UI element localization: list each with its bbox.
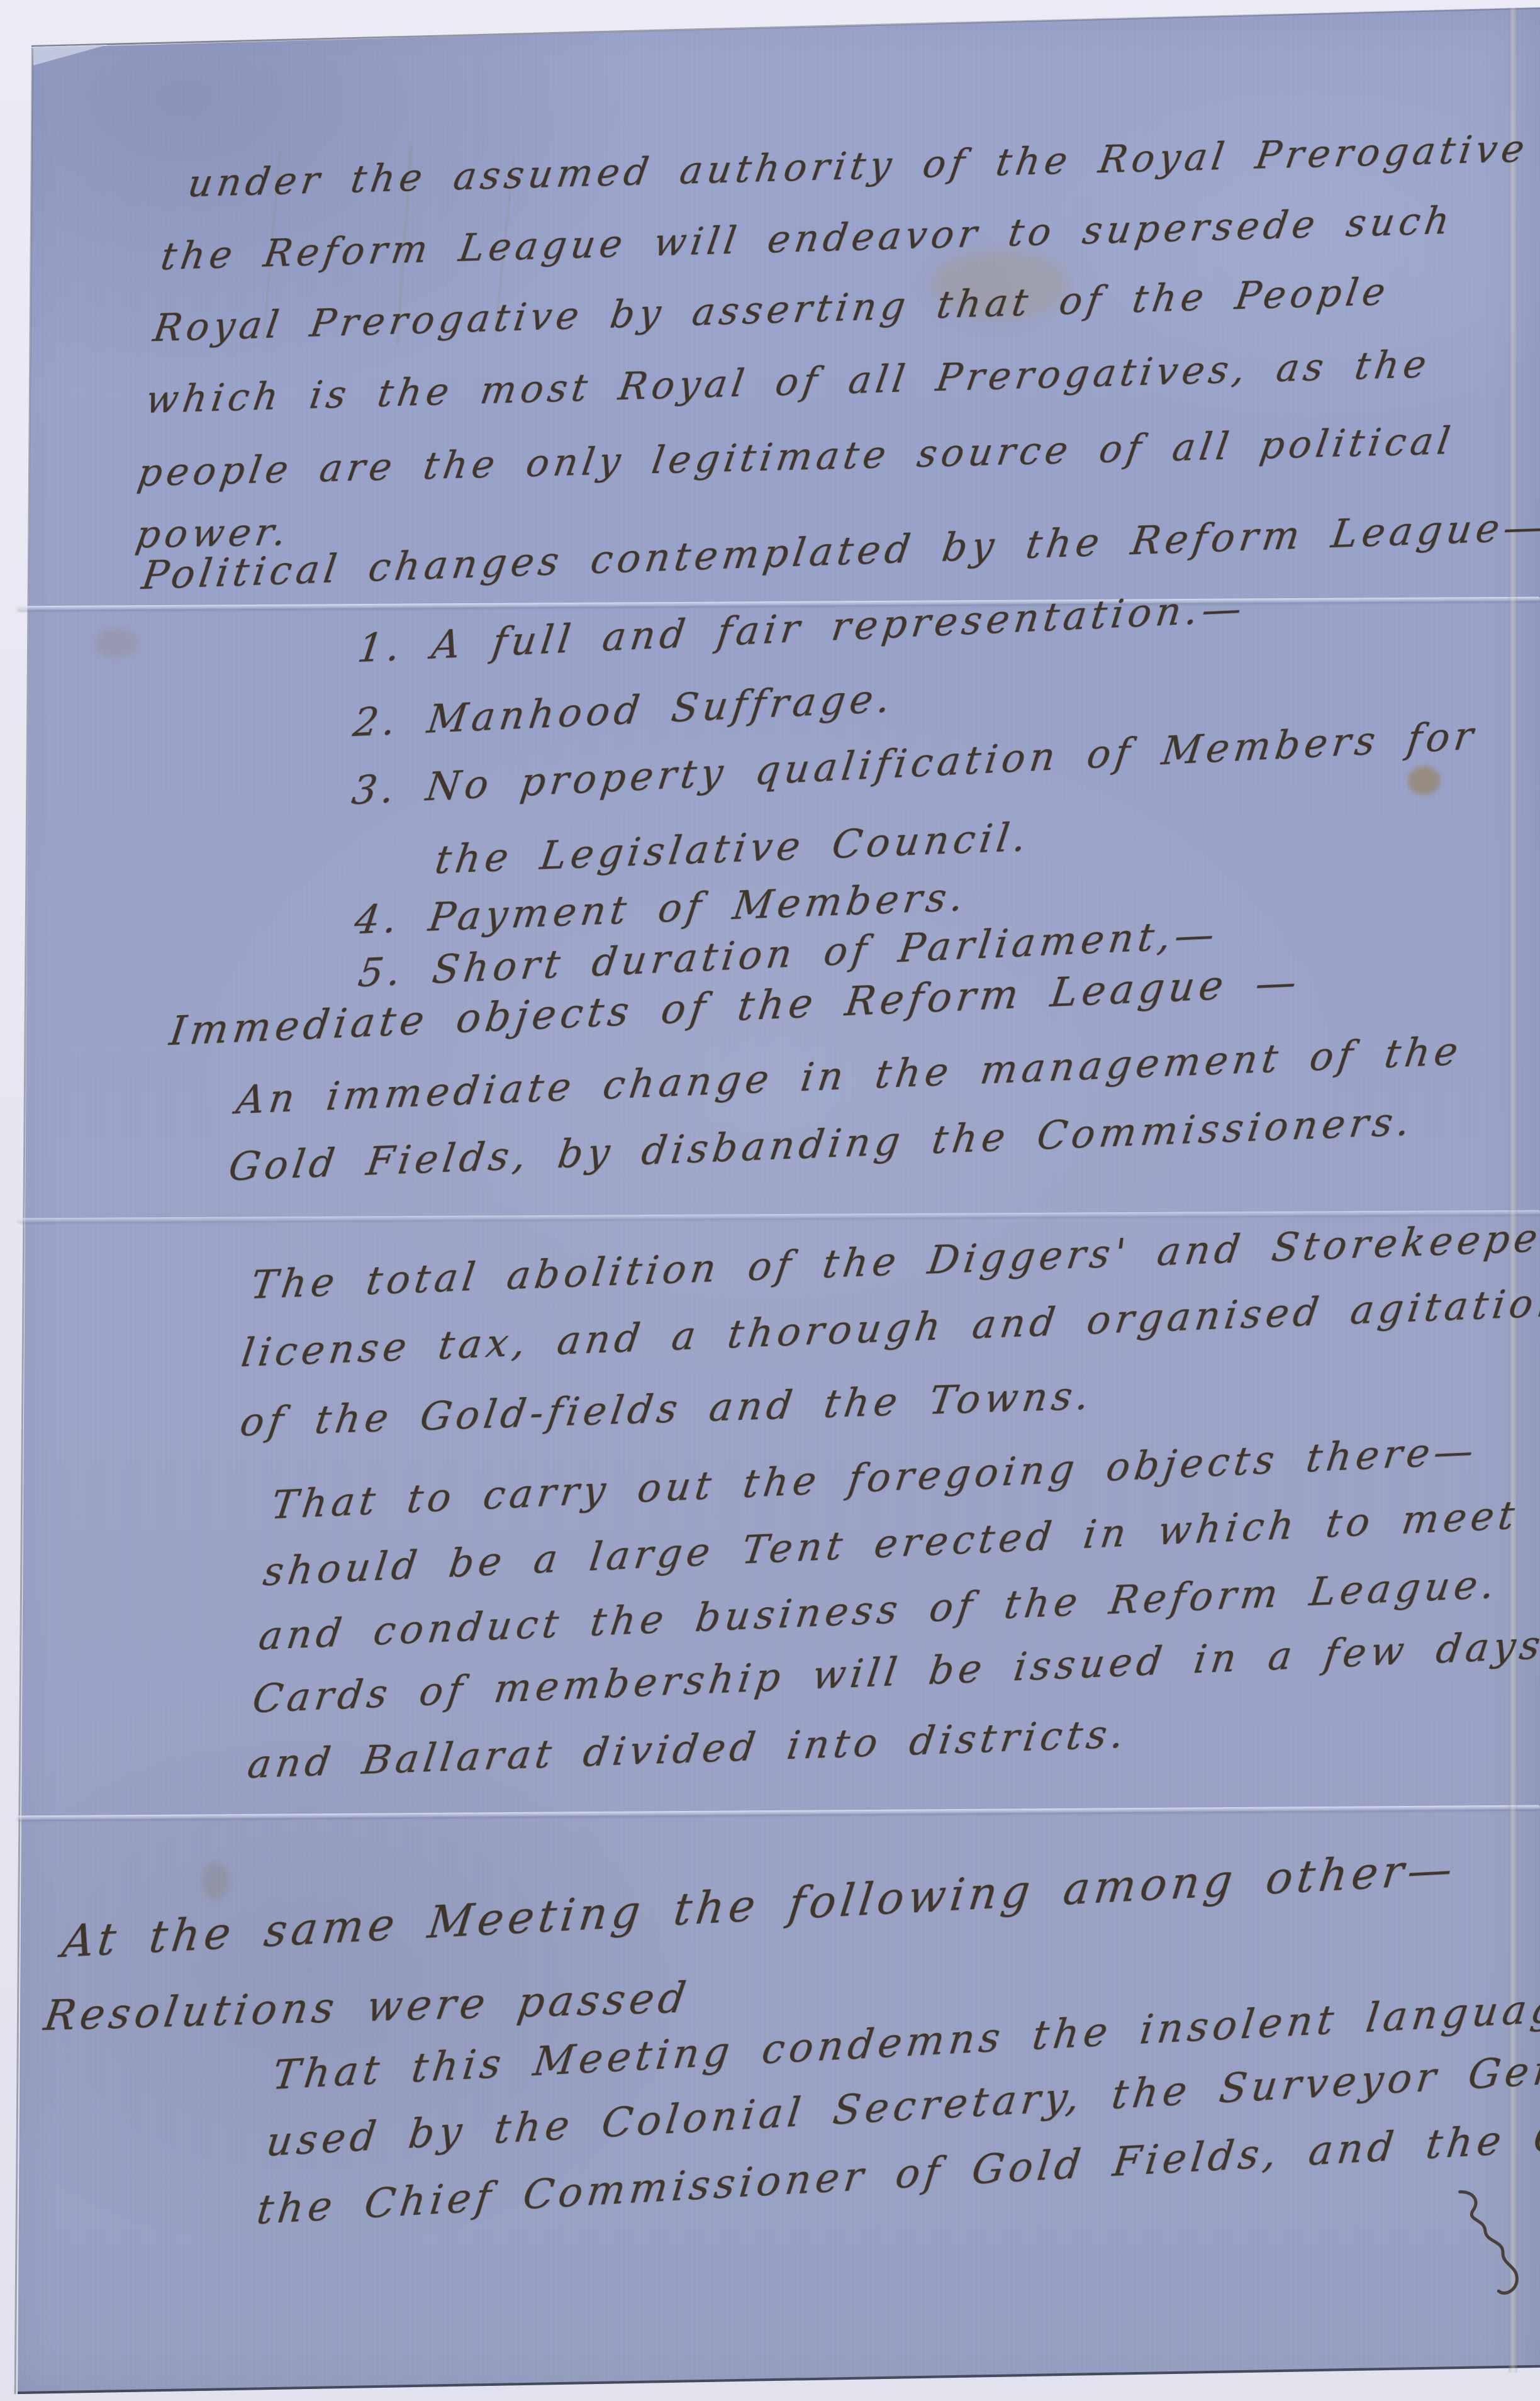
stain-mark <box>201 1862 230 1900</box>
stain-mark <box>94 628 138 658</box>
stain-mark <box>1408 766 1441 795</box>
